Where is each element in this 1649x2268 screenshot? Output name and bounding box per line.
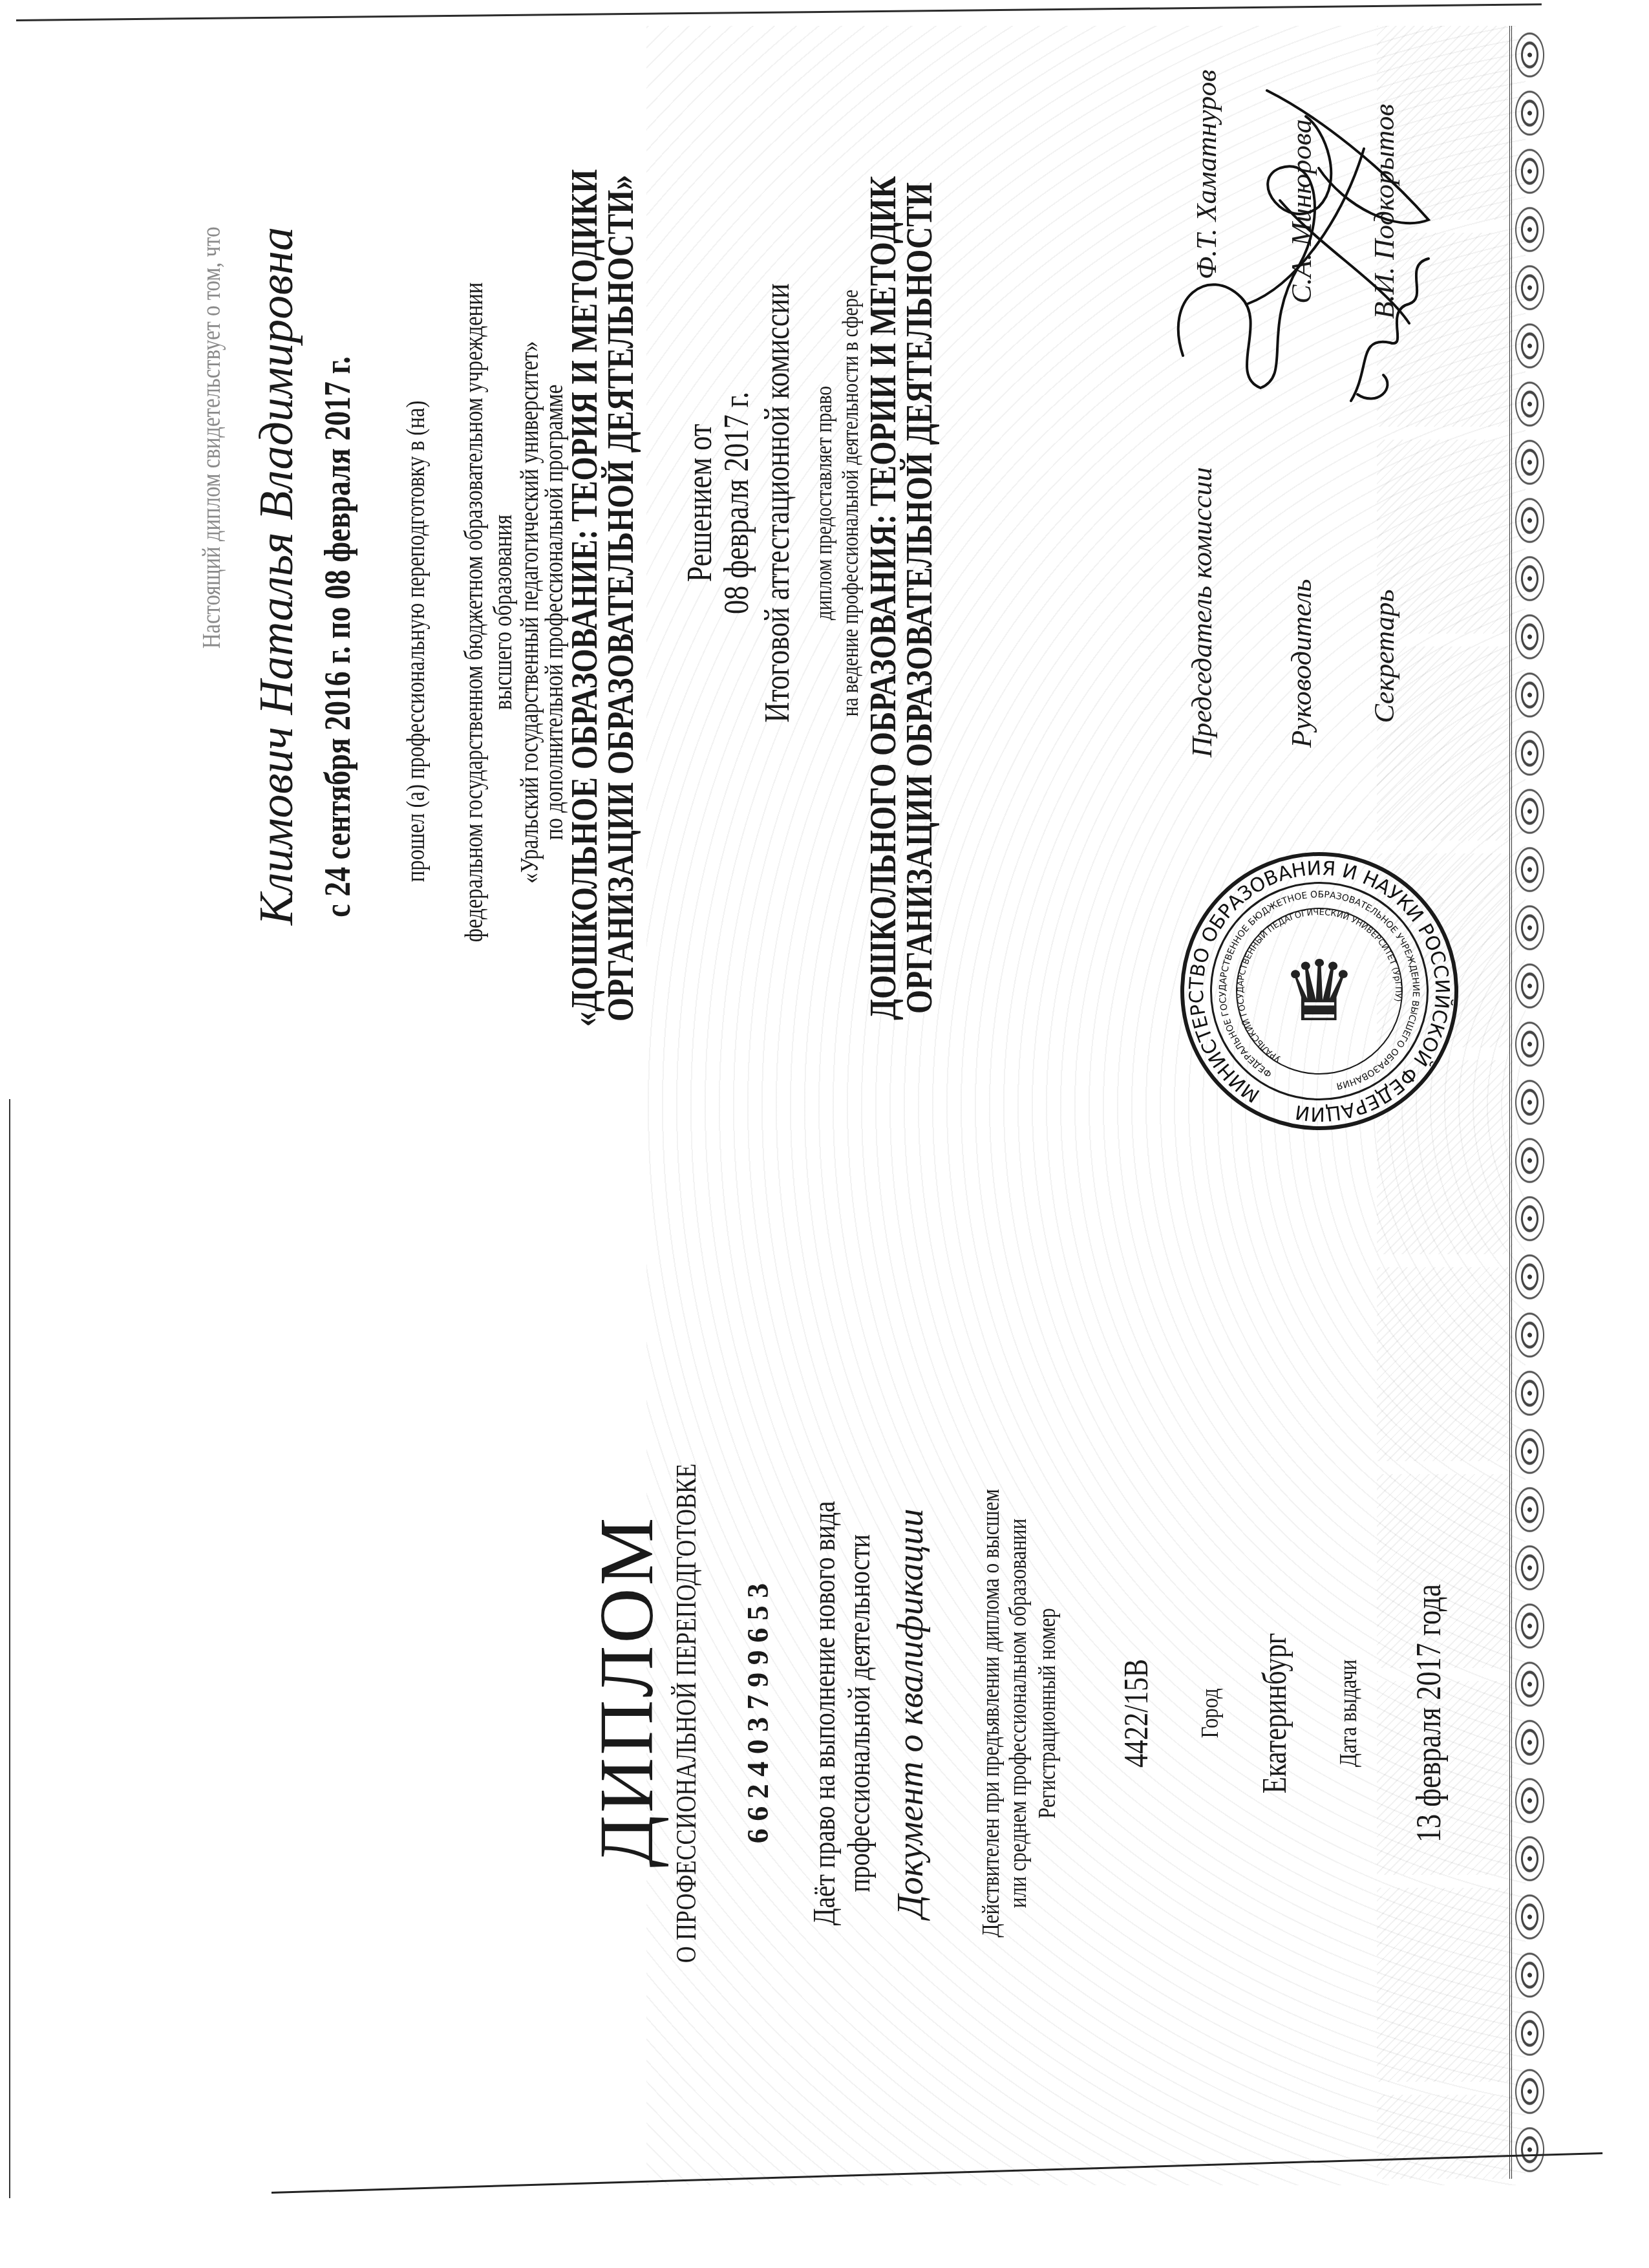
diploma-page: Настоящий диплом свидетельствует о том, … [0,0,1649,2268]
secretary-signature [1332,239,1448,420]
ornamental-border [1509,26,1548,2179]
registration-label: Регистрационный номер [1035,1608,1059,1819]
decision-date: 08 февраля 2017 г. [719,392,754,614]
rights-line-2: профессиональной деятельности [844,1534,875,1892]
diploma-number: 6 6 2 4 0 3 7 9 9 6 5 3 [743,1583,773,1844]
grants-text: диплом предоставляет право [812,386,835,620]
validity-line-2: или среднем профессиональном образовании [1006,1519,1030,1908]
field-intro: на ведение профессиональной деятельности… [838,290,862,716]
diploma-title: ДИПЛОМ [589,1515,665,1867]
field-line-2: ОРГАНИЗАЦИИ ОБРАЗОВАТЕЛЬНОЙ ДЕЯТЕЛЬНОСТИ [900,182,938,1014]
commission-name: Итоговой аттестационной комиссии [760,283,794,723]
passed-text: прошел (а) профессиональную переподготов… [403,401,429,883]
page-edge-top [16,3,1542,21]
city-label: Город [1198,1689,1222,1738]
decision-label: Решением от [682,424,717,583]
city-name: Екатеринбург [1259,1633,1292,1794]
qualification-document: Документ о квалификации [893,1508,929,1918]
seal-core-ring: ♛ [1236,908,1403,1075]
head-signature [1241,78,1448,246]
field-line-1: ДОШКОЛЬНОГО ОБРАЗОВАНИЯ: ТЕОРИИ И МЕТОДИ… [864,176,902,1020]
issue-date: 13 февраля 2017 года [1411,1584,1446,1843]
eagle-emblem-icon: ♛ [1282,942,1357,1040]
registration-number: 4422/15В [1120,1659,1154,1768]
official-seal: МИНИСТЕРСТВО ОБРАЗОВАНИЯ И НАУКИ РОССИЙС… [1180,852,1458,1130]
head-role: Руководитель [1288,579,1316,748]
holder-name: Климович Наталья Владимировна [253,227,301,925]
rights-line-1: Даёт право на выполнение нового вида [809,1501,840,1926]
intro-text: Настоящий диплом свидетельствует о том, … [198,227,224,649]
institution-line-2: высшего образования [490,515,516,710]
page-edge-left [9,1099,10,2198]
validity-line-1: Действителен при предъявлении диплома о … [979,1489,1003,1938]
study-period: с 24 сентября 2016 г. по 08 февраля 2017… [320,356,356,917]
program-line-1: «ДОШКОЛЬНОЕ ОБРАЗОВАНИЕ: ТЕОРИЯ И МЕТОДИ… [566,169,603,1027]
secretary-role: Секретарь [1370,589,1399,723]
program-line-2: ОРГАНИЗАЦИИ ОБРАЗОВАТЕЛЬНОЙ ДЕЯТЕЛЬНОСТИ… [602,175,639,1022]
institution-line-1: федеральном государственном бюджетном об… [461,283,487,943]
diploma-subtitle: О ПРОФЕССИОНАЛЬНОЙ ПЕРЕПОДГОТОВКЕ [672,1464,701,1963]
issue-date-label: Дата выдачи [1336,1660,1361,1767]
institution-line-3: «Уральский государственный педагогически… [516,341,542,884]
chairman-role: Председатель комиссии [1188,467,1217,758]
